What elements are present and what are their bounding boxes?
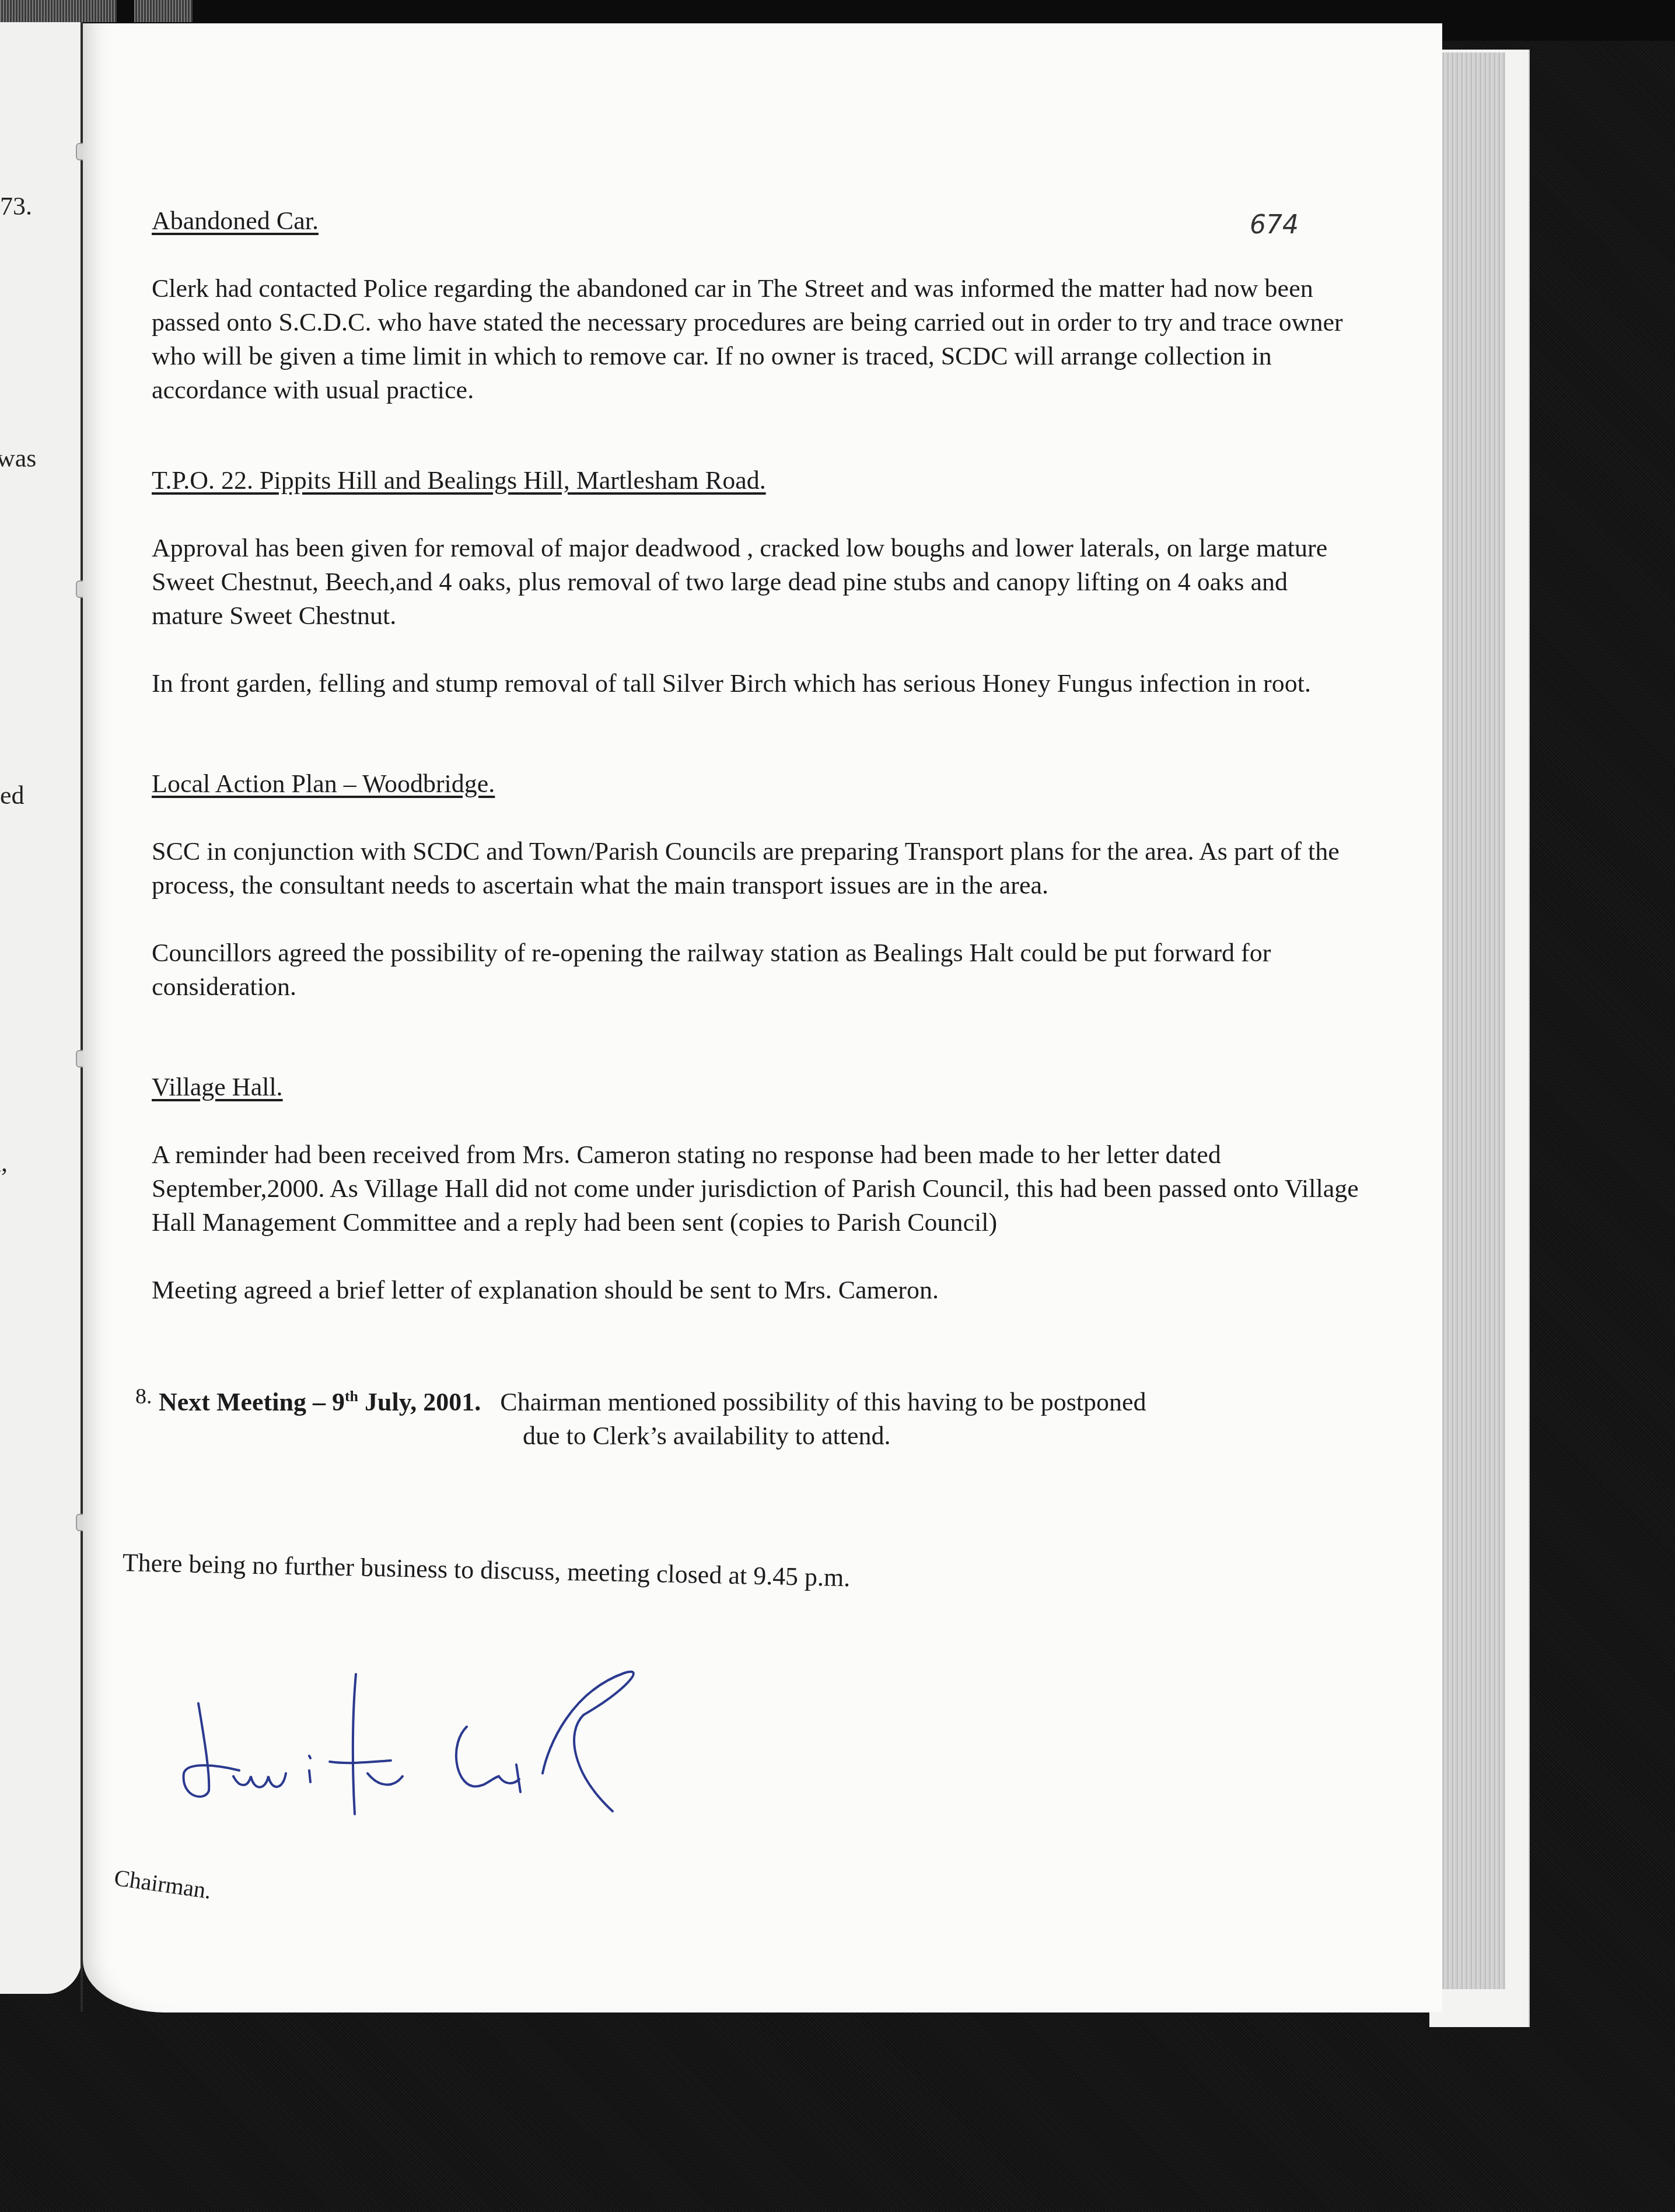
section-paragraph: SCC in conjunction with SCDC and Town/Pa… (152, 835, 1365, 902)
section-abandoned-car: Abandoned Car. Clerk had contacted Polic… (152, 204, 1365, 407)
page-edge-stack (1441, 52, 1505, 1989)
section-next-meeting: 8. Next Meeting – 9th July, 2001. Chairm… (152, 1380, 1365, 1453)
section-local-action-plan: Local Action Plan – Woodbridge. SCC in c… (152, 767, 1365, 1004)
facing-page: 73. was ed n, (0, 22, 82, 1994)
section-heading: Abandoned Car. (152, 204, 1365, 238)
binder-clip (0, 0, 117, 22)
section-paragraph: In front garden, felling and stump remov… (152, 667, 1365, 701)
next-meeting-text-continued: due to Clerk’s availability to attend. (152, 1419, 1365, 1453)
section-paragraph: Approval has been given for removal of m… (152, 531, 1365, 633)
section-heading: Village Hall. (152, 1070, 1365, 1104)
closing-statement: There being no further business to discu… (122, 1546, 1336, 1605)
minutes-page: 674 Abandoned Car. Clerk had contacted P… (83, 23, 1442, 2013)
section-heading: Local Action Plan – Woodbridge. (152, 767, 1365, 801)
next-meeting-text: Chairman mentioned possibility of this h… (500, 1388, 1146, 1416)
next-meeting-title: Next Meeting – 9th July, 2001. (159, 1388, 481, 1416)
chairman-signature (163, 1657, 834, 1840)
section-paragraph: Meeting agreed a brief letter of explana… (152, 1273, 1365, 1307)
item-number: 8. (135, 1380, 152, 1413)
section-heading: T.P.O. 22. Pippits Hill and Bealings Hil… (152, 464, 1365, 498)
section-tpo-22: T.P.O. 22. Pippits Hill and Bealings Hil… (152, 464, 1365, 701)
chairman-label: Chairman. (112, 1861, 214, 1908)
facing-page-fragment: n, (0, 1148, 8, 1178)
facing-page-fragment: was (0, 443, 36, 473)
facing-page-fragment: 73. (0, 191, 32, 221)
section-paragraph: A reminder had been received from Mrs. C… (152, 1138, 1365, 1240)
section-village-hall: Village Hall. A reminder had been receiv… (152, 1070, 1365, 1307)
facing-page-fragment: ed (0, 780, 25, 810)
section-paragraph: Clerk had contacted Police regarding the… (152, 272, 1365, 407)
binder-clip (134, 0, 193, 22)
section-paragraph: Councillors agreed the possibility of re… (152, 936, 1365, 1004)
